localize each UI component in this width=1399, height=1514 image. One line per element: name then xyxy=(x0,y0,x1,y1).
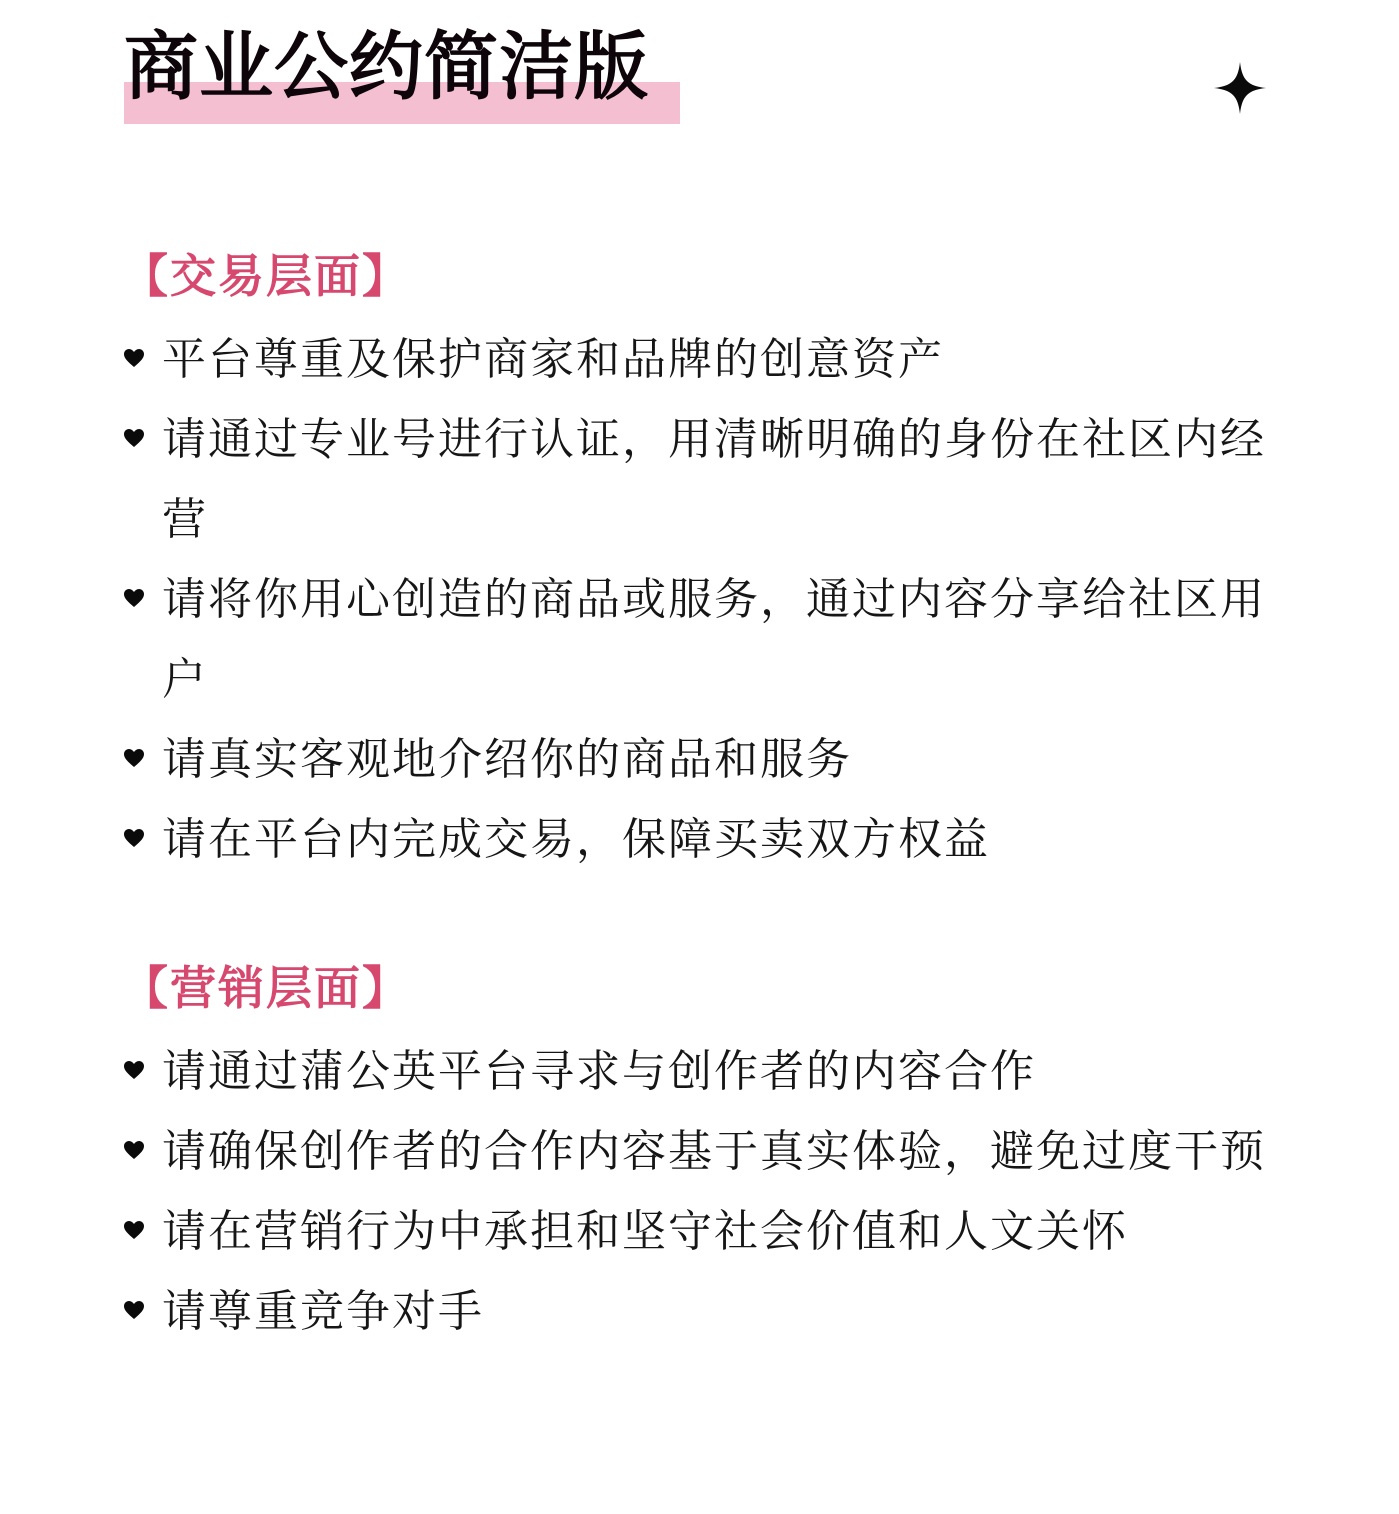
rule-list: 平台尊重及保护商家和品牌的创意资产 请通过专业号进行认证，用清晰明确的身份在社区… xyxy=(122,320,1282,880)
heart-bullet-icon xyxy=(122,826,146,850)
heart-bullet-icon xyxy=(122,346,146,370)
section-heading-label: 营销层面 xyxy=(170,961,362,1015)
list-item: 请尊重竞争对手 xyxy=(122,1272,1282,1352)
list-item: 请确保创作者的合作内容基于真实体验，避免过度干预 xyxy=(122,1112,1282,1192)
list-item: 请在平台内完成交易，保障买卖双方权益 xyxy=(122,800,1282,880)
heart-bullet-icon xyxy=(122,746,146,770)
list-item: 请通过蒲公英平台寻求与创作者的内容合作 xyxy=(122,1032,1282,1112)
list-item-text: 请通过蒲公英平台寻求与创作者的内容合作 xyxy=(162,1032,1282,1112)
heart-bullet-icon xyxy=(122,426,146,450)
list-item-text: 请将你用心创造的商品或服务，通过内容分享给社区用户 xyxy=(162,560,1282,720)
section-heading-label: 交易层面 xyxy=(170,249,362,303)
list-item-text: 请在营销行为中承担和坚守社会价值和人文关怀 xyxy=(162,1192,1282,1272)
title-block: 商业公约简洁版 xyxy=(124,22,649,112)
list-item: 请真实客观地介绍你的商品和服务 xyxy=(122,720,1282,800)
section-transaction: 【交易层面】 平台尊重及保护商家和品牌的创意资产 请通过专业号进行认证，用清晰明… xyxy=(122,238,1282,880)
list-item: 请在营销行为中承担和坚守社会价值和人文关怀 xyxy=(122,1192,1282,1272)
section-heading: 【营销层面】 xyxy=(122,950,1282,1026)
list-item-text: 请确保创作者的合作内容基于真实体验，避免过度干预 xyxy=(162,1112,1282,1192)
heart-bullet-icon xyxy=(122,1058,146,1082)
heart-bullet-icon xyxy=(122,586,146,610)
list-item: 请将你用心创造的商品或服务，通过内容分享给社区用户 xyxy=(122,560,1282,720)
list-item: 请通过专业号进行认证，用清晰明确的身份在社区内经营 xyxy=(122,400,1282,560)
heart-bullet-icon xyxy=(122,1298,146,1322)
rule-list: 请通过蒲公英平台寻求与创作者的内容合作 请确保创作者的合作内容基于真实体验，避免… xyxy=(122,1032,1282,1352)
bracket-close: 】 xyxy=(362,249,410,303)
list-item-text: 请真实客观地介绍你的商品和服务 xyxy=(162,720,1282,800)
list-item: 平台尊重及保护商家和品牌的创意资产 xyxy=(122,320,1282,400)
bracket-close: 】 xyxy=(362,961,410,1015)
heart-bullet-icon xyxy=(122,1138,146,1162)
bracket-open: 【 xyxy=(122,249,170,303)
section-heading: 【交易层面】 xyxy=(122,238,1282,314)
sparkle-icon xyxy=(1212,60,1268,116)
list-item-text: 请通过专业号进行认证，用清晰明确的身份在社区内经营 xyxy=(162,400,1282,560)
list-item-text: 请尊重竞争对手 xyxy=(162,1272,1282,1352)
list-item-text: 平台尊重及保护商家和品牌的创意资产 xyxy=(162,320,1282,400)
list-item-text: 请在平台内完成交易，保障买卖双方权益 xyxy=(162,800,1282,880)
bracket-open: 【 xyxy=(122,961,170,1015)
page-title: 商业公约简洁版 xyxy=(124,22,649,112)
heart-bullet-icon xyxy=(122,1218,146,1242)
section-marketing: 【营销层面】 请通过蒲公英平台寻求与创作者的内容合作 请确保创作者的合作内容基于… xyxy=(122,950,1282,1352)
